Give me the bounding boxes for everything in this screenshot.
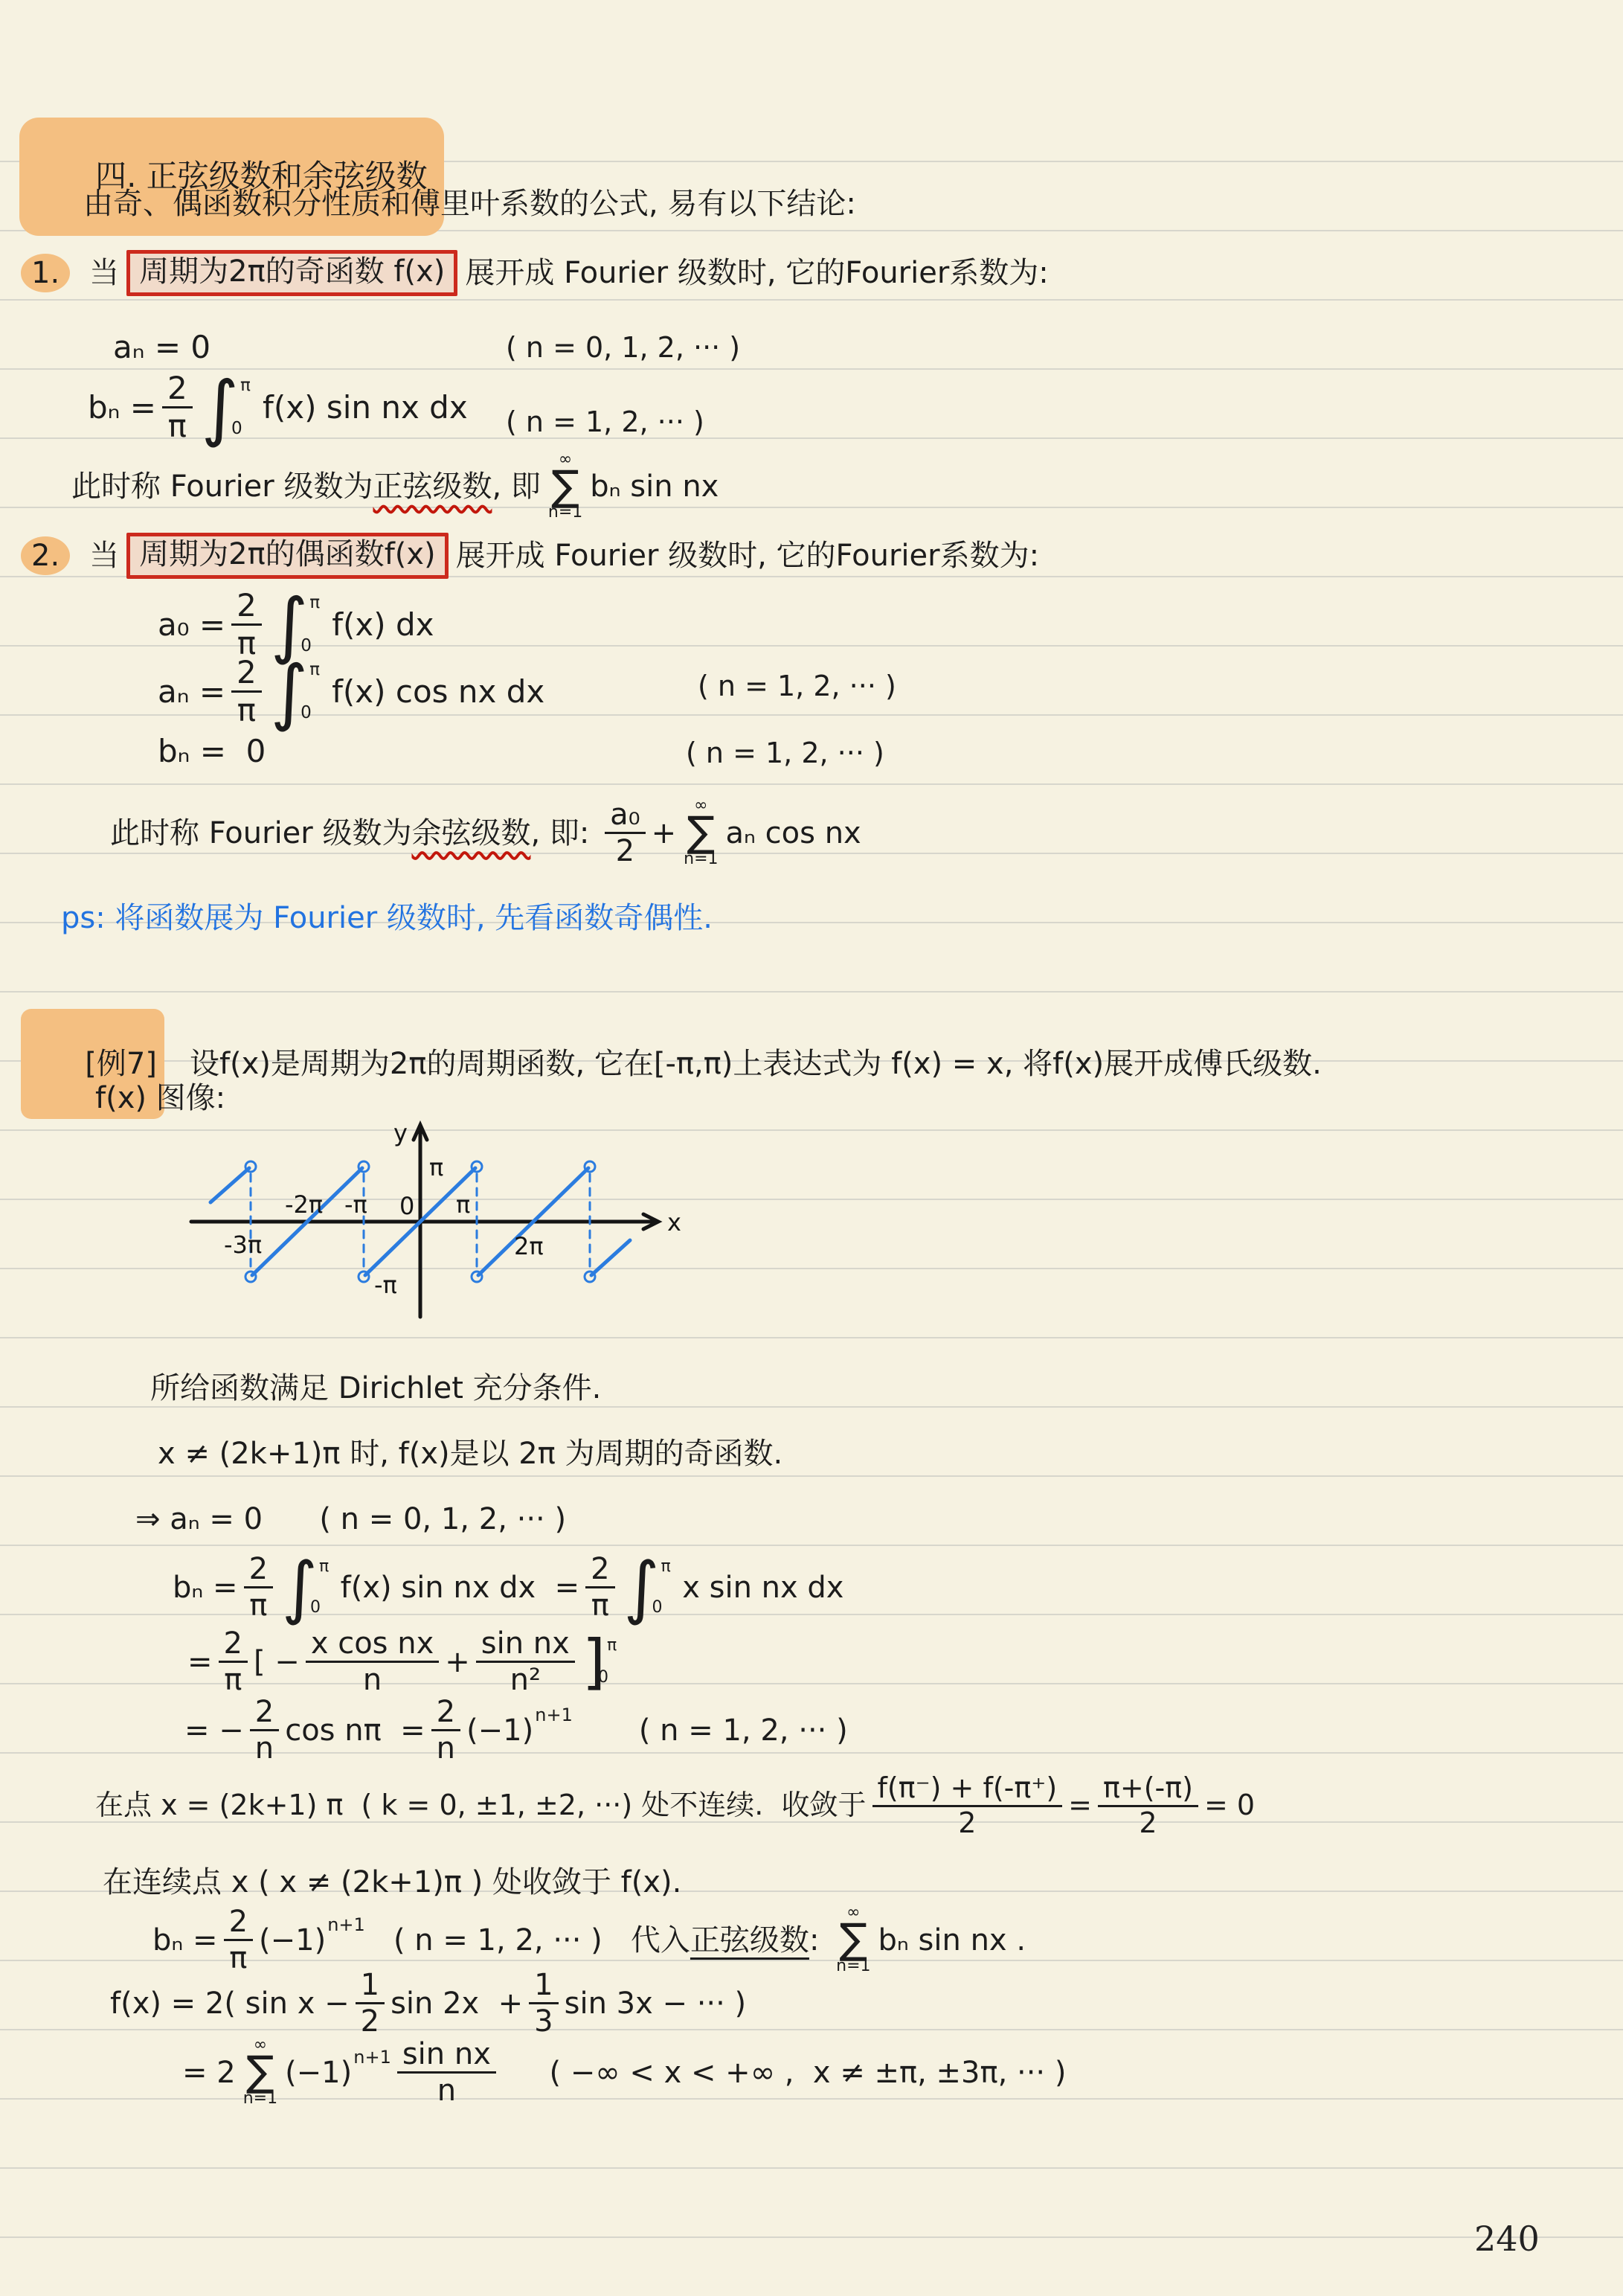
item-2-row: 2. 当 周期为2π的偶函数f(x) 展开成 Fourier 级数时, 它的Fo…: [21, 533, 1039, 579]
item-2-boxed-text: 周期为2π的偶函数f(x): [126, 533, 449, 579]
formula-text: sin 3x − ··· ): [565, 1986, 747, 2021]
formula-text: sin 2x +: [391, 1986, 523, 2021]
formula-text: bₙ =: [152, 1923, 218, 1958]
numerator: 2: [585, 1552, 614, 1588]
range-note-bn0: ( n = 1, 2, ··· ): [686, 737, 884, 769]
formula-text: a₀ =: [158, 606, 225, 644]
formula-text: = 2: [182, 2055, 236, 2091]
notebook-page[interactable]: 四. 正弦级数和余弦级数 由奇、偶函数积分性质和傅里叶系数的公式, 易有以下结论…: [0, 0, 1623, 2296]
fraction: 2π: [231, 588, 262, 662]
graph-axes: [191, 1125, 658, 1317]
formula-text: =: [187, 1644, 213, 1680]
sigma-sign: ∑: [839, 1921, 867, 1958]
item-1-pre: 当: [89, 255, 119, 291]
upper-limit: π: [240, 376, 251, 397]
x-neg2pi-tick: -2π: [285, 1190, 323, 1219]
lower-limit: 0: [231, 419, 242, 440]
fraction: π+(-π)2: [1098, 1772, 1198, 1839]
denominator: 2: [1134, 1807, 1162, 1840]
upper-limit: π: [319, 1557, 330, 1577]
formula-text: bₙ =: [88, 389, 156, 426]
item-2-pre: 当: [89, 538, 119, 574]
integral-limits: π0: [239, 373, 250, 442]
formula-text: aₙ = 0: [113, 329, 210, 366]
numerator: a₀: [605, 798, 646, 834]
y-pi-tick: π: [429, 1153, 443, 1181]
lower-limit: 0: [301, 703, 312, 724]
upper-limit: π: [309, 593, 321, 614]
formula-text: x sin nx dx: [673, 1570, 844, 1606]
x-pi-tick: π: [456, 1190, 470, 1219]
range-note-an: ( n = 1, 2, ··· ): [698, 670, 896, 702]
denominator: 2: [356, 2004, 385, 2039]
lower-limit: 0: [652, 1598, 663, 1617]
denominator: 2: [953, 1807, 981, 1840]
formula-text: ( n = 1, 2, ··· ) 代入: [365, 1923, 690, 1958]
graph-label-row: f(x) 图像:: [95, 1080, 225, 1116]
numerator: 1: [529, 1968, 558, 2004]
formula-text: f(x) cos nx dx: [322, 673, 544, 711]
numerator: f(π⁻) + f(-π⁺): [872, 1772, 1063, 1807]
denominator: 3: [529, 2004, 558, 2039]
formula-text: +: [445, 1644, 470, 1680]
example-tag: [例7]: [85, 1047, 157, 1081]
fraction: x cos nxn: [306, 1626, 439, 1697]
lower-limit: n=1: [548, 505, 582, 521]
formula-text: f(x) sin nx dx: [253, 389, 468, 426]
integral-limits: π0: [660, 1555, 670, 1620]
integral: ∫π0: [202, 373, 250, 442]
denominator: n: [250, 1731, 279, 1766]
item-1-number: 1.: [21, 254, 70, 292]
formula-fx-expand: f(x) = 2( sin x −12sin 2x +13sin 3x − ··…: [110, 1968, 746, 2039]
denominator: π: [232, 693, 261, 728]
numerator: 2: [250, 1695, 279, 1731]
formula-bn-calc1: bₙ =2π∫π0 f(x) sin nx dx =2π∫π0 x sin nx…: [173, 1552, 843, 1623]
numerator: sin nx: [397, 2037, 496, 2074]
sigma-sign: ∑: [246, 2053, 274, 2091]
numerator: x cos nx: [306, 1626, 439, 1663]
fraction: sin nxn²: [476, 1626, 575, 1697]
formula-bn-final: bₙ =2π(−1)n+1 ( n = 1, 2, ··· ) 代入正弦级数: …: [152, 1905, 1026, 1975]
formula-text: :: [809, 1923, 829, 1958]
numerator: 2: [219, 1626, 248, 1663]
fraction: 13: [529, 1968, 558, 2039]
item-1-post: 展开成 Fourier 级数时, 它的Fourier系数为:: [465, 255, 1048, 291]
y-negpi-tick: -π: [374, 1271, 397, 1299]
upper-limit: π: [607, 1636, 617, 1655]
sigma-sign: ∑: [551, 468, 579, 505]
dirichlet-row: 所给函数满足 Dirichlet 充分条件.: [150, 1370, 601, 1406]
formula-an0: aₙ = 0: [113, 329, 210, 366]
formula-text: 正弦级数: [690, 1923, 809, 1958]
denominator: n²: [505, 1663, 546, 1697]
x-2pi-tick: 2π: [514, 1232, 544, 1260]
numerator: π+(-π): [1098, 1772, 1198, 1807]
formula-text: = −: [184, 1713, 244, 1748]
sawtooth-graph: y x π -π 0 -3π -2π -π π 2π: [182, 1116, 703, 1339]
integral: ∫π0: [624, 1555, 670, 1620]
denominator: n: [358, 1663, 387, 1697]
integral-limits: π0: [308, 658, 319, 726]
fraction: a₀2: [605, 798, 646, 868]
sigma-sign: ∑: [687, 814, 715, 851]
ps-note-row: ps: 将函数展为 Fourier 级数时, 先看函数奇偶性.: [61, 900, 713, 936]
denominator: n: [431, 1731, 460, 1766]
formula-fx-expand2: = 2∞∑n=1(−1)n+1sin nxn ( −∞ < x < +∞ , x…: [182, 2037, 1066, 2108]
formula-text: +: [652, 815, 677, 851]
numerator: 1: [356, 1968, 385, 2004]
formula-text: [ −: [254, 1644, 300, 1680]
dirichlet-text: 所给函数满足 Dirichlet 充分条件.: [150, 1370, 601, 1406]
formula-text: bₙ = 0: [158, 733, 266, 770]
denominator: n: [432, 2074, 461, 2108]
denominator: π: [219, 1663, 247, 1697]
formula-text: ⇒ aₙ = 0 ( n = 0, 1, 2, ··· ): [135, 1501, 566, 1537]
odd-note-text: x ≠ (2k+1)π 时, f(x)是以 2π 为周期的奇函数.: [158, 1436, 782, 1472]
formula-bn-def: bₙ =2π∫π0 f(x) sin nx dx: [88, 371, 468, 445]
ps-note-text: ps: 将函数展为 Fourier 级数时, 先看函数奇偶性.: [61, 900, 713, 936]
y-axis-label: y: [393, 1119, 408, 1147]
integral-limits: π0: [318, 1555, 328, 1620]
x-negpi-tick: -π: [344, 1190, 367, 1219]
item-2-number: 2.: [21, 536, 70, 575]
summation: ∞∑n=1: [836, 1905, 870, 1974]
denominator: π: [244, 1588, 272, 1623]
integral-limits: π0: [308, 591, 319, 659]
formula-discontinuity: 在点 x = (2k+1) π ( k = 0, ±1, ±2, ···) 处不…: [95, 1772, 1255, 1839]
lower-limit: 0: [598, 1668, 608, 1687]
superscript: n+1: [535, 1705, 573, 1726]
formula-text: 余弦级数: [411, 815, 530, 851]
eval-limits: π0: [605, 1634, 616, 1690]
formula-text: cos nπ =: [285, 1713, 425, 1748]
superscript: n+1: [327, 1914, 365, 1936]
numerator: 2: [162, 371, 193, 408]
fraction: 2π: [231, 655, 262, 729]
origin-tick: 0: [399, 1192, 414, 1220]
x-axis-label: x: [667, 1208, 681, 1237]
formula-text: (−1): [466, 1713, 533, 1748]
formula-text: , 即: [492, 469, 540, 504]
formula-an-def: aₙ =2π∫π0 f(x) cos nx dx: [158, 655, 544, 729]
fraction: 2π: [585, 1552, 614, 1623]
fraction: 2n: [431, 1695, 460, 1766]
fraction: 2π: [224, 1905, 253, 1975]
formula-text: = 0: [1204, 1789, 1255, 1823]
formula-text: bₙ sin nx .: [878, 1923, 1026, 1958]
fraction: 2π: [219, 1626, 248, 1697]
integral: ∫π0: [271, 591, 319, 659]
page-number: 240: [1474, 2219, 1540, 2259]
lower-limit: 0: [310, 1598, 321, 1617]
fraction: 12: [356, 1968, 385, 2039]
sine-series-statement: 此时称 Fourier 级数为正弦级数, 即∞∑n=1bₙ sin nx: [71, 452, 719, 521]
formula-text: f(x) sin nx dx =: [331, 1570, 579, 1606]
superscript: n+1: [353, 2047, 391, 2068]
range-note-an0: ( n = 0, 1, 2, ··· ): [506, 331, 740, 364]
fraction: 2π: [162, 371, 193, 445]
formula-text: aₙ =: [158, 673, 225, 711]
formula-text: aₙ cos nx: [726, 815, 861, 851]
item-2-post: 展开成 Fourier 级数时, 它的Fourier系数为:: [456, 538, 1039, 574]
formula-text: =: [1068, 1789, 1092, 1823]
integral: ∫π0: [282, 1555, 328, 1620]
formula-text: 此时称 Fourier 级数为: [71, 469, 373, 504]
fraction: sin nxn: [397, 2037, 496, 2108]
formula-text: f(x) dx: [322, 606, 434, 644]
upper-limit: π: [309, 660, 321, 681]
numerator: 2: [244, 1552, 273, 1588]
numerator: 2: [431, 1695, 460, 1731]
formula-text: bₙ =: [173, 1570, 238, 1606]
formula-bn0: bₙ = 0: [158, 733, 266, 770]
summation: ∞∑n=1: [243, 2038, 277, 2106]
x-neg3pi-tick: -3π: [224, 1231, 262, 1259]
intro-text: 由奇、偶函数积分性质和傅里叶系数的公式, 易有以下结论:: [83, 186, 856, 222]
example-text: 设f(x)是周期为2π的周期函数, 它在[-π,π)上表达式为 f(x) = x…: [190, 1046, 1322, 1082]
formula-text: ( n = 1, 2, ··· ): [573, 1713, 848, 1748]
upper-limit: π: [661, 1557, 672, 1577]
formula-text: 在连续点 x ( x ≠ (2k+1)π ) 处收敛于 f(x).: [103, 1864, 681, 1900]
formula-text: (−1): [285, 2055, 352, 2091]
lower-limit: n=1: [243, 2091, 277, 2107]
fraction: 2π: [244, 1552, 273, 1623]
denominator: π: [586, 1588, 614, 1623]
fraction: 2n: [250, 1695, 279, 1766]
lower-limit: n=1: [684, 852, 718, 868]
item-1-boxed-text: 周期为2π的奇函数 f(x): [126, 250, 457, 296]
formula-text: bₙ sin nx: [590, 469, 719, 504]
formula-text: f(x) = 2( sin x −: [110, 1986, 350, 2021]
formula-text: ( −∞ < x < +∞ , x ≠ ±π, ±3π, ··· ): [502, 2055, 1067, 2091]
formula-text: (−1): [259, 1923, 326, 1958]
graph-label: f(x) 图像:: [95, 1080, 225, 1116]
lower-limit: n=1: [836, 1959, 870, 1975]
formula-bn-calc2: =2π[ −x cos nxn+sin nxn²]π0: [187, 1626, 616, 1697]
cosine-series-statement: 此时称 Fourier 级数为余弦级数, 即: a₀2+∞∑n=1aₙ cos …: [110, 798, 861, 868]
summation: ∞∑n=1: [684, 798, 718, 867]
odd-note-row: x ≠ (2k+1)π 时, f(x)是以 2π 为周期的奇函数.: [158, 1436, 782, 1472]
formula-an-zero: ⇒ aₙ = 0 ( n = 0, 1, 2, ··· ): [135, 1501, 566, 1537]
formula-text: 在点 x = (2k+1) π ( k = 0, ±1, ±2, ···) 处不…: [95, 1789, 867, 1823]
formula-bn-calc3: = −2ncos nπ =2n(−1)n+1 ( n = 1, 2, ··· ): [184, 1695, 848, 1766]
evaluation-bracket: ]π0: [582, 1634, 616, 1690]
numerator: sin nx: [476, 1626, 575, 1663]
formula-text: 正弦级数: [373, 469, 492, 504]
fraction: f(π⁻) + f(-π⁺)2: [872, 1772, 1063, 1839]
summation: ∞∑n=1: [548, 452, 582, 521]
numerator: 2: [231, 655, 262, 693]
graph-tick-labels: y x π -π 0 -3π -2π -π π 2π: [224, 1119, 681, 1299]
formula-continuity: 在连续点 x ( x ≠ (2k+1)π ) 处收敛于 f(x).: [103, 1864, 681, 1900]
integral: ∫π0: [271, 658, 319, 726]
formula-text: , 即:: [530, 815, 599, 851]
range-note-bn: ( n = 1, 2, ··· ): [506, 405, 704, 438]
denominator: π: [163, 408, 192, 444]
formula-text: 此时称 Fourier 级数为: [110, 815, 411, 851]
denominator: 2: [611, 834, 640, 868]
item-1-row: 1. 当 周期为2π的奇函数 f(x) 展开成 Fourier 级数时, 它的F…: [21, 250, 1049, 296]
numerator: 2: [224, 1905, 253, 1941]
numerator: 2: [231, 588, 262, 626]
intro-row: 由奇、偶函数积分性质和傅里叶系数的公式, 易有以下结论:: [83, 186, 856, 222]
